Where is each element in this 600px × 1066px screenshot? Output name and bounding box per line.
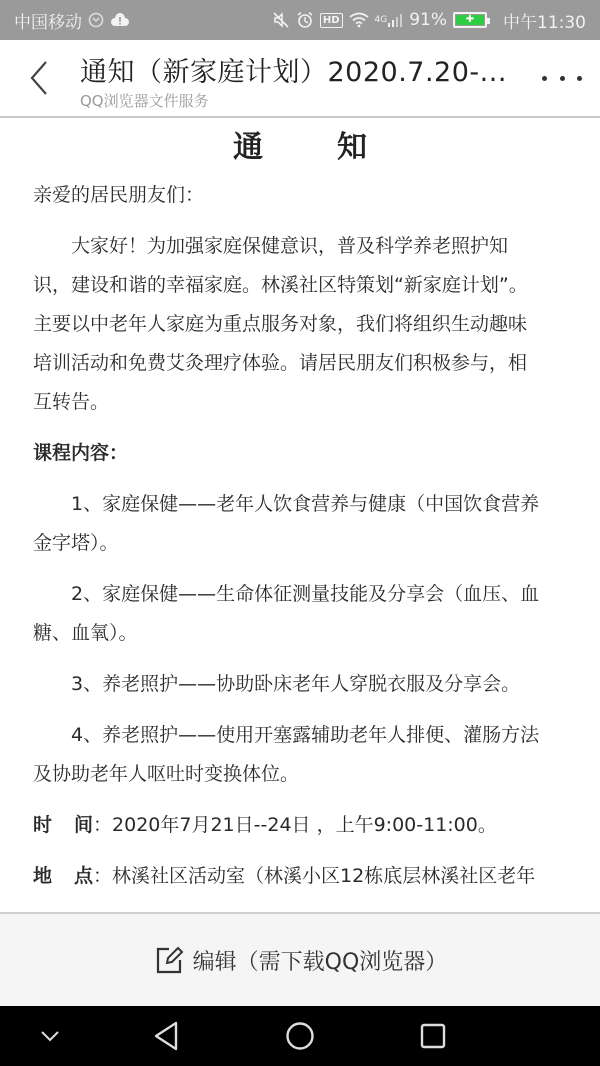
document-title: 通 知 (33, 122, 567, 164)
course-line: 糖、血氧）。 (33, 614, 567, 653)
network-type-label: 4G (375, 15, 388, 25)
course-line: 2、家庭保健——生命体征测量技能及分享会（血压、血 (33, 575, 567, 614)
place-value: ：林溪社区活动室（林溪小区12栋底层林溪社区老年 (93, 865, 535, 887)
intro-line: 培训活动和免费艾灸理疗体验。请居民朋友们积极参与，相 (33, 344, 567, 383)
nav-home-button[interactable] (280, 1018, 320, 1054)
more-button[interactable] (542, 68, 582, 88)
greeting: 亲爱的居民朋友们： (33, 176, 567, 215)
intro-line: 识，建设和谐的幸福家庭。林溪社区特策划“新家庭计划”。 (33, 266, 567, 305)
status-right: HD 4G 91% ✚ 中午11:30 (272, 8, 586, 33)
place-label: 地 (33, 865, 52, 887)
course-line: 1、家庭保健——老年人饮食营养与健康（中国饮食营养 (33, 485, 567, 524)
time-label: 时 (33, 814, 52, 836)
recents-square-icon (418, 1021, 448, 1051)
course-item-3: 3、养老照护——协助卧床老年人穿脱衣服及分享会。 (33, 665, 567, 704)
time-row: 时间：2020年7月21日--24日 ，上午9:00-11:00。 (33, 806, 567, 845)
time-label-2: 间 (74, 814, 93, 836)
collapse-icon (38, 1028, 62, 1044)
signal-icon: 4G (375, 12, 404, 28)
time-value: ：2020年7月21日--24日 ，上午9:00-11:00。 (93, 814, 497, 836)
carrier-label: 中国移动 (14, 8, 82, 33)
place-row: 地点：林溪社区活动室（林溪小区12栋底层林溪社区老年 (33, 857, 567, 896)
nav-back-button[interactable] (146, 1018, 186, 1054)
chevron-left-icon (22, 58, 56, 98)
alarm-icon (296, 11, 314, 29)
course-item-4: 4、养老照护——使用开塞露辅助老年人排便、灌肠方法 及协助老年人呕吐时变换体位。 (33, 716, 567, 794)
page-title: 通知（新家庭计划）2020.7.20-... (80, 50, 507, 89)
clock: 中午11:30 (503, 8, 586, 33)
edit-button[interactable]: 编辑（需下载QQ浏览器） (0, 912, 600, 1006)
back-button[interactable] (22, 58, 56, 98)
course-heading: 课程内容： (33, 434, 567, 473)
app-header: 通知（新家庭计划）2020.7.20-... QQ浏览器文件服务 (0, 40, 600, 118)
cloud-alert-icon (110, 12, 130, 28)
mute-icon (272, 11, 290, 29)
wifi-icon (349, 12, 369, 28)
nav-recents-button[interactable] (413, 1018, 453, 1054)
course-line: 及协助老年人呕吐时变换体位。 (33, 755, 567, 794)
page-subtitle: QQ浏览器文件服务 (80, 90, 209, 111)
system-nav-bar (0, 1006, 600, 1066)
edit-label: 编辑（需下载QQ浏览器） (193, 945, 448, 976)
course-line: 4、养老照护——使用开塞露辅助老年人排便、灌肠方法 (33, 716, 567, 755)
battery-percent: 91% (409, 10, 447, 30)
course-item-2: 2、家庭保健——生命体征测量技能及分享会（血压、血 糖、血氧）。 (33, 575, 567, 653)
collapse-nav-button[interactable] (30, 1018, 70, 1054)
intro-line: 互转告。 (33, 383, 567, 422)
place-label-2: 点 (74, 865, 93, 887)
back-triangle-icon (152, 1020, 180, 1052)
status-left: 中国移动 (14, 8, 130, 33)
intro-paragraph: 大家好！为加强家庭保健意识，普及科学养老照护知 识，建设和谐的幸福家庭。林溪社区… (33, 227, 567, 422)
status-bar: 中国移动 HD 4G 91% ✚ 中午11:30 (0, 0, 600, 40)
intro-line: 主要以中老年人家庭为重点服务对象，我们将组织生动趣味 (33, 305, 567, 344)
course-line: 3、养老照护——协助卧床老年人穿脱衣服及分享会。 (33, 665, 567, 704)
hd-icon: HD (320, 13, 343, 28)
home-circle-icon (284, 1020, 316, 1052)
intro-line: 大家好！为加强家庭保健意识，普及科学养老照护知 (33, 227, 567, 266)
course-item-1: 1、家庭保健——老年人饮食营养与健康（中国饮食营养 金字塔）。 (33, 485, 567, 563)
nfc-icon (88, 12, 104, 28)
document-viewer[interactable]: 通 知 亲爱的居民朋友们： 大家好！为加强家庭保健意识，普及科学养老照护知 识，… (0, 120, 600, 912)
course-line: 金字塔）。 (33, 524, 567, 563)
edit-icon (153, 944, 185, 976)
battery-charging-icon: ✚ (453, 12, 487, 28)
more-dots-icon (542, 76, 547, 81)
